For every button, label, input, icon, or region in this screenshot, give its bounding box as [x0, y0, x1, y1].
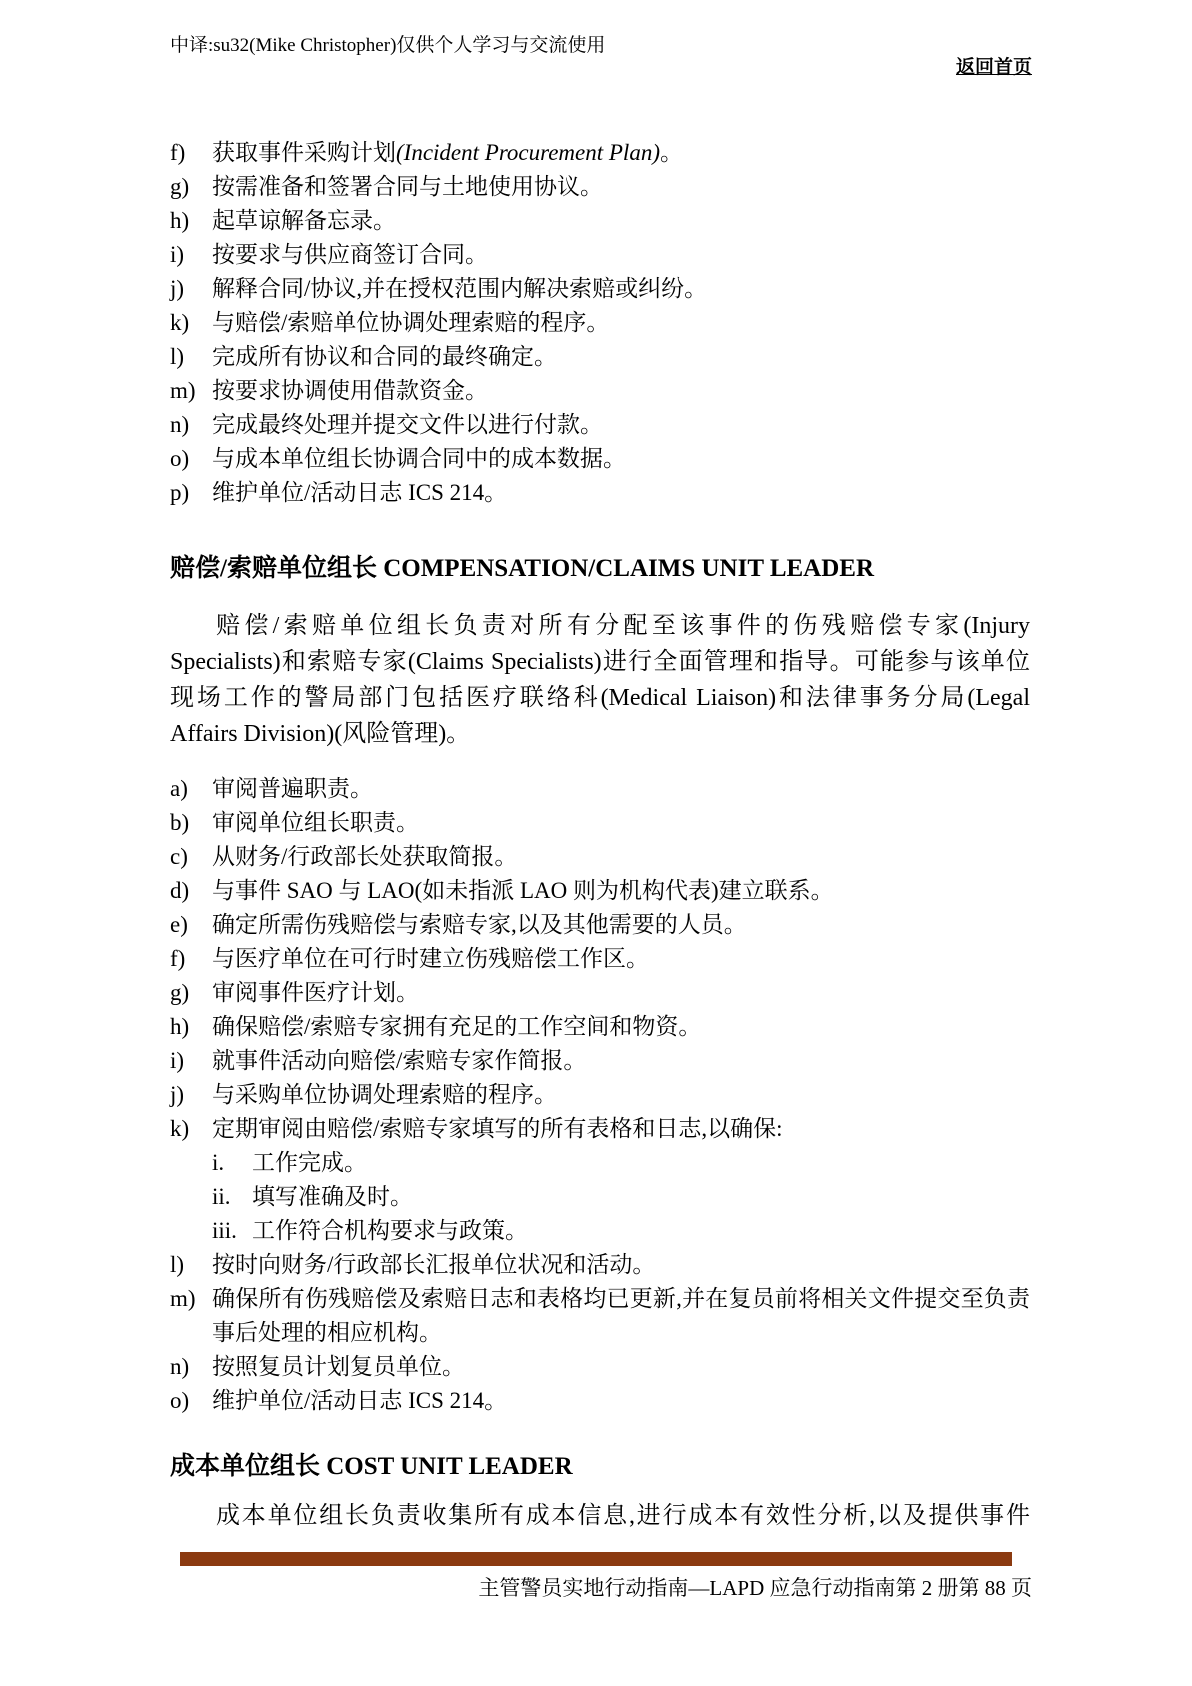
list-item-text: 与成本单位组长协调合同中的成本数据。	[212, 442, 1030, 476]
list-item-text: 起草谅解备忘录。	[212, 204, 1030, 238]
paragraph-line: Specialists)和索赔专家(Claims Specialists)进行全…	[170, 644, 1030, 680]
list-item: g)按需准备和签署合同与土地使用协议。	[170, 170, 1030, 204]
list-marker: h)	[170, 1010, 212, 1044]
list-item-text-part: 。	[660, 140, 683, 165]
list-item-text: 与采购单位协调处理索赔的程序。	[212, 1078, 1030, 1112]
list-item: p)维护单位/活动日志 ICS 214。	[170, 476, 1030, 510]
list-item-text: 与事件 SAO 与 LAO(如未指派 LAO 则为机构代表)建立联系。	[212, 874, 1030, 908]
list-item: n)按照复员计划复员单位。	[170, 1350, 1030, 1384]
list-item: o)与成本单位组长协调合同中的成本数据。	[170, 442, 1030, 476]
translator-note: 中译:su32(Mike Christopher)仅供个人学习与交流使用	[170, 34, 605, 58]
cost-paragraph: 成本单位组长负责收集所有成本信息,进行成本有效性分析,以及提供事件	[170, 1498, 1030, 1534]
list-marker: f)	[170, 942, 212, 976]
list-marker: p)	[170, 476, 212, 510]
list-item-text: 按要求与供应商签订合同。	[212, 238, 1030, 272]
list-item-text: 按要求协调使用借款资金。	[212, 374, 1030, 408]
return-home-link[interactable]: 返回首页	[956, 56, 1032, 80]
list-item: b)审阅单位组长职责。	[170, 806, 1030, 840]
list-marker: k)	[170, 306, 212, 340]
list-marker: i.	[212, 1146, 252, 1180]
list-item-text: 按需准备和签署合同与土地使用协议。	[212, 170, 1030, 204]
list-item: i)就事件活动向赔偿/索赔专家作简报。	[170, 1044, 1030, 1078]
list-marker: f)	[170, 136, 212, 170]
list-item-text: 确保赔偿/索赔专家拥有充足的工作空间和物资。	[212, 1010, 1030, 1044]
list-item-text: 就事件活动向赔偿/索赔专家作简报。	[212, 1044, 1030, 1078]
list-marker: b)	[170, 806, 212, 840]
list-item: f) 获取事件采购计划(Incident Procurement Plan)。	[170, 136, 1030, 170]
sub-list-item: i.工作完成。	[170, 1146, 1030, 1180]
list-item: j)解释合同/协议,并在授权范围内解决索赔或纠纷。	[170, 272, 1030, 306]
list-item-text-emphasis: (Incident Procurement Plan)	[396, 140, 660, 165]
list-marker: g)	[170, 170, 212, 204]
list-item-text: 确定所需伤残赔偿与索赔专家,以及其他需要的人员。	[212, 908, 1030, 942]
list-item: c)从财务/行政部长处获取简报。	[170, 840, 1030, 874]
list-item-text: 定期审阅由赔偿/索赔专家填写的所有表格和日志,以确保:	[212, 1112, 1030, 1146]
list-item: a)审阅普遍职责。	[170, 772, 1030, 806]
section-heading-compensation: 赔偿/索赔单位组长 COMPENSATION/CLAIMS UNIT LEADE…	[170, 554, 1030, 584]
paragraph-line: 赔偿/索赔单位组长负责对所有分配至该事件的伤残赔偿专家(Injury	[170, 608, 1030, 644]
list-item-text: 解释合同/协议,并在授权范围内解决索赔或纠纷。	[212, 272, 1030, 306]
list-item: m)确保所有伤残赔偿及索赔日志和表格均已更新,并在复员前将相关文件提交至负责事后…	[170, 1282, 1030, 1350]
list-marker: i)	[170, 238, 212, 272]
list-item: l)按时向财务/行政部长汇报单位状况和活动。	[170, 1248, 1030, 1282]
list-marker: n)	[170, 1350, 212, 1384]
list-item: d)与事件 SAO 与 LAO(如未指派 LAO 则为机构代表)建立联系。	[170, 874, 1030, 908]
list-item-text: 维护单位/活动日志 ICS 214。	[212, 1384, 1030, 1418]
compensation-paragraph: 赔偿/索赔单位组长负责对所有分配至该事件的伤残赔偿专家(Injury Speci…	[170, 608, 1030, 752]
list-marker: e)	[170, 908, 212, 942]
list-marker: l)	[170, 1248, 212, 1282]
list-item-text: 工作完成。	[252, 1146, 1030, 1180]
paragraph-line: 现场工作的警局部门包括医疗联络科(Medical Liaison)和法律事务分局…	[170, 680, 1030, 716]
footer-page-reference: 主管警员实地行动指南—LAPD 应急行动指南第 2 册第 88 页	[478, 1574, 1032, 1602]
list-item: i)按要求与供应商签订合同。	[170, 238, 1030, 272]
list-item: o)维护单位/活动日志 ICS 214。	[170, 1384, 1030, 1418]
list-marker: m)	[170, 374, 212, 408]
list-item-text: 填写准确及时。	[252, 1180, 1030, 1214]
list-marker: n)	[170, 408, 212, 442]
list-item: k)定期审阅由赔偿/索赔专家填写的所有表格和日志,以确保:	[170, 1112, 1030, 1146]
paragraph-line: 成本单位组长负责收集所有成本信息,进行成本有效性分析,以及提供事件	[170, 1498, 1030, 1534]
list-item-text: 工作符合机构要求与政策。	[252, 1214, 1030, 1248]
list-item: n)完成最终处理并提交文件以进行付款。	[170, 408, 1030, 442]
list-marker: h)	[170, 204, 212, 238]
list-marker: iii.	[212, 1214, 252, 1248]
list-marker: c)	[170, 840, 212, 874]
procurement-duties-list: f) 获取事件采购计划(Incident Procurement Plan)。 …	[170, 136, 1030, 510]
list-item-text-part: 获取事件采购计划	[212, 140, 396, 165]
list-item: h)确保赔偿/索赔专家拥有充足的工作空间和物资。	[170, 1010, 1030, 1044]
list-item-text: 从财务/行政部长处获取简报。	[212, 840, 1030, 874]
list-marker: o)	[170, 442, 212, 476]
list-item-text: 与医疗单位在可行时建立伤残赔偿工作区。	[212, 942, 1030, 976]
list-item-text: 完成最终处理并提交文件以进行付款。	[212, 408, 1030, 442]
list-item-text: 完成所有协议和合同的最终确定。	[212, 340, 1030, 374]
list-item-text: 确保所有伤残赔偿及索赔日志和表格均已更新,并在复员前将相关文件提交至负责事后处理…	[212, 1282, 1030, 1350]
section-heading-cost: 成本单位组长 COST UNIT LEADER	[170, 1452, 1030, 1482]
list-item-text: 审阅单位组长职责。	[212, 806, 1030, 840]
list-marker: g)	[170, 976, 212, 1010]
document-page: 中译:su32(Mike Christopher)仅供个人学习与交流使用 返回首…	[0, 0, 1192, 1686]
list-marker: m)	[170, 1282, 212, 1350]
list-item: f)与医疗单位在可行时建立伤残赔偿工作区。	[170, 942, 1030, 976]
page-content: f) 获取事件采购计划(Incident Procurement Plan)。 …	[170, 136, 1030, 1534]
compensation-duties-list: a)审阅普遍职责。 b)审阅单位组长职责。 c)从财务/行政部长处获取简报。 d…	[170, 772, 1030, 1418]
list-marker: j)	[170, 272, 212, 306]
list-item: h)起草谅解备忘录。	[170, 204, 1030, 238]
list-marker: d)	[170, 874, 212, 908]
list-marker: j)	[170, 1078, 212, 1112]
list-item-text: 获取事件采购计划(Incident Procurement Plan)。	[212, 136, 1030, 170]
list-item-text: 按时向财务/行政部长汇报单位状况和活动。	[212, 1248, 1030, 1282]
list-item: l)完成所有协议和合同的最终确定。	[170, 340, 1030, 374]
list-item: e)确定所需伤残赔偿与索赔专家,以及其他需要的人员。	[170, 908, 1030, 942]
sub-list-item: iii.工作符合机构要求与政策。	[170, 1214, 1030, 1248]
list-item-text: 审阅事件医疗计划。	[212, 976, 1030, 1010]
list-item: k)与赔偿/索赔单位协调处理索赔的程序。	[170, 306, 1030, 340]
sub-list-item: ii.填写准确及时。	[170, 1180, 1030, 1214]
list-item: j)与采购单位协调处理索赔的程序。	[170, 1078, 1030, 1112]
list-item-text: 按照复员计划复员单位。	[212, 1350, 1030, 1384]
list-item-text: 维护单位/活动日志 ICS 214。	[212, 476, 1030, 510]
list-marker: k)	[170, 1112, 212, 1146]
list-marker: ii.	[212, 1180, 252, 1214]
paragraph-line: Affairs Division)(风险管理)。	[170, 716, 1030, 752]
list-item-text: 审阅普遍职责。	[212, 772, 1030, 806]
list-item: m)按要求协调使用借款资金。	[170, 374, 1030, 408]
footer-divider-bar	[180, 1552, 1012, 1566]
list-marker: o)	[170, 1384, 212, 1418]
list-marker: a)	[170, 772, 212, 806]
list-item: g)审阅事件医疗计划。	[170, 976, 1030, 1010]
list-marker: i)	[170, 1044, 212, 1078]
list-item-text: 与赔偿/索赔单位协调处理索赔的程序。	[212, 306, 1030, 340]
list-marker: l)	[170, 340, 212, 374]
